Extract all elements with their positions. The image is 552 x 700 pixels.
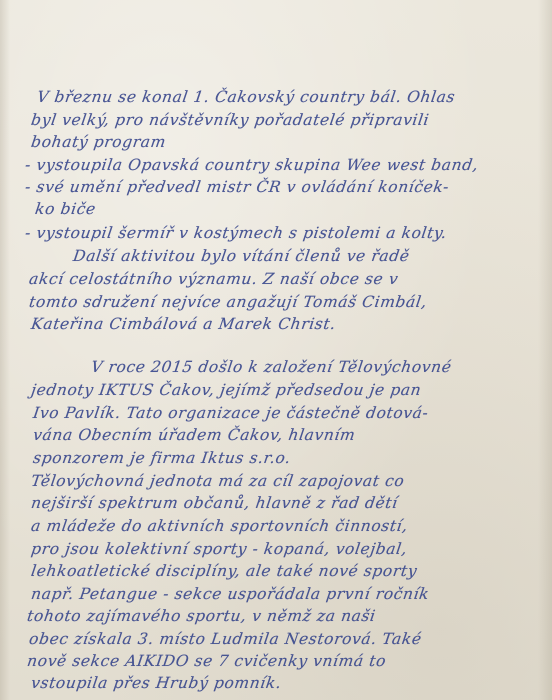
text-line: jednoty IKTUS Čakov, jejímž předsedou je… — [30, 381, 423, 399]
text-line: - své umění předvedl mistr ČR v ovládání… — [24, 178, 450, 196]
text-line: bohatý program — [30, 133, 167, 151]
handwritten-page: V březnu se konal 1. Čakovský country bá… — [0, 0, 552, 700]
text-line: tomto sdružení nejvíce angažují Tomáš Ci… — [28, 293, 428, 311]
text-line: obec získala 3. místo Ludmila Nestorová.… — [28, 630, 423, 648]
text-line: - vystoupila Opavská country skupina Wee… — [24, 156, 480, 174]
text-line: ko biče — [34, 200, 97, 218]
text-line: Kateřina Cimbálová a Marek Christ. — [30, 315, 337, 333]
text-line: např. Petangue - sekce uspořádala první … — [30, 585, 431, 603]
text-line: - vystoupil šermíř v kostýmech s pistole… — [24, 224, 448, 242]
text-line: vána Obecním úřadem Čakov, hlavním — [32, 426, 357, 444]
text-line: pro jsou kolektivní sporty - kopaná, vol… — [30, 540, 409, 558]
text-line: akcí celostátního významu. Z naší obce s… — [28, 270, 400, 288]
text-line: byl velký, pro návštěvníky pořadatelé př… — [30, 111, 430, 129]
text-line: nejširší spektrum občanů, hlavně z řad d… — [30, 494, 399, 512]
text-line: nově sekce AIKIDO se 7 cvičenky vnímá to — [26, 652, 387, 670]
text-line: Tělovýchovná jednota má za cíl zapojovat… — [30, 472, 406, 490]
text-line: Ivo Pavlík. Tato organizace je částečně … — [32, 404, 430, 422]
text-line: lehkoatletické disciplíny, ale také nové… — [30, 562, 418, 580]
text-line: sponzorem je firma Iktus s.r.o. — [32, 449, 292, 467]
text-line: V březnu se konal 1. Čakovský country bá… — [36, 88, 456, 106]
text-line: Další aktivitou bylo vítání členů ve řad… — [72, 247, 411, 265]
text-line: V roce 2015 došlo k založení Tělovýchovn… — [90, 358, 453, 376]
text-line: a mládeže do aktivních sportovních činno… — [30, 517, 409, 535]
text-line: tohoto zajímavého sportu, v němž za naši — [26, 607, 377, 625]
text-line: vstoupila přes Hrubý pomník. — [30, 674, 283, 692]
